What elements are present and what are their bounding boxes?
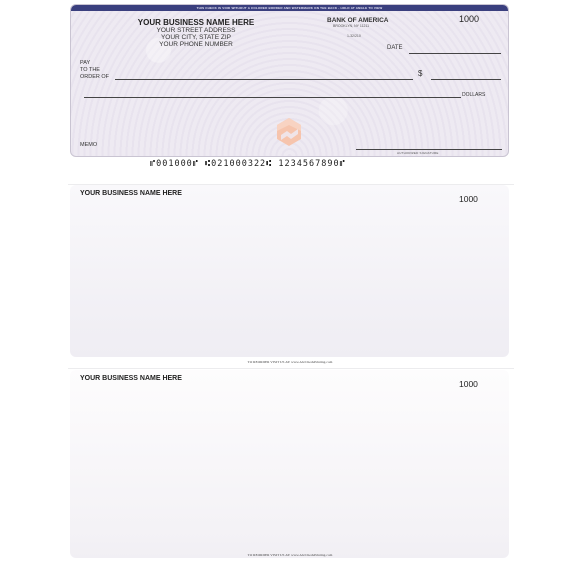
business-city: YOUR CITY, STATE ZIP	[131, 34, 261, 41]
bank-name: BANK OF AMERICA	[327, 17, 389, 24]
pay-to-label: PAY TO THE ORDER OF	[80, 60, 109, 81]
signature-label: AUTHORIZED SIGNATURE	[397, 151, 439, 155]
check-stub: YOUR BUSINESS NAME HERE 1000	[70, 370, 509, 558]
stub-business-name: YOUR BUSINESS NAME HERE	[80, 190, 182, 197]
check-number: 1000	[459, 14, 479, 24]
check-logo-icon	[276, 117, 302, 147]
date-label: DATE	[387, 45, 403, 51]
pay-label-line: ORDER OF	[80, 74, 109, 81]
written-amount-line[interactable]	[84, 97, 461, 98]
perforation-line	[68, 368, 514, 369]
business-phone: YOUR PHONE NUMBER	[131, 41, 261, 48]
stub-business-name: YOUR BUSINESS NAME HERE	[80, 375, 182, 382]
pay-label-line: TO THE	[80, 67, 109, 74]
micr-line: ⑈001000⑈ ⑆021000322⑆ 1234567890⑈	[150, 159, 346, 169]
bank-address: BROOKLYN, NY 11211	[333, 24, 369, 28]
payee-line[interactable]	[115, 79, 413, 80]
stub-check-number: 1000	[459, 379, 478, 389]
check-face: THIS CHECK IS VOID WITHOUT A COLORED BOR…	[70, 4, 509, 157]
check-stub: YOUR BUSINESS NAME HERE 1000	[70, 185, 509, 357]
date-line[interactable]	[409, 53, 501, 54]
amount-line[interactable]	[431, 79, 501, 80]
business-name: YOUR BUSINESS NAME HERE	[131, 18, 261, 27]
routing-fraction: 1-32/210	[347, 34, 361, 38]
dollars-label: DOLLARS	[462, 92, 485, 98]
dollar-sign: $	[418, 69, 422, 78]
pay-label-line: PAY	[80, 60, 109, 67]
stub-check-number: 1000	[459, 194, 478, 204]
reorder-text: TO REORDER VISIT US AT: www.AbcCheckPrin…	[0, 553, 580, 557]
signature-line[interactable]	[356, 149, 502, 150]
reorder-text: TO REORDER VISIT US AT: www.AbcCheckPrin…	[0, 360, 580, 364]
security-notice-band: THIS CHECK IS VOID WITHOUT A COLORED BOR…	[71, 5, 508, 11]
business-street: YOUR STREET ADDRESS	[131, 27, 261, 34]
memo-label: MEMO	[80, 142, 97, 148]
